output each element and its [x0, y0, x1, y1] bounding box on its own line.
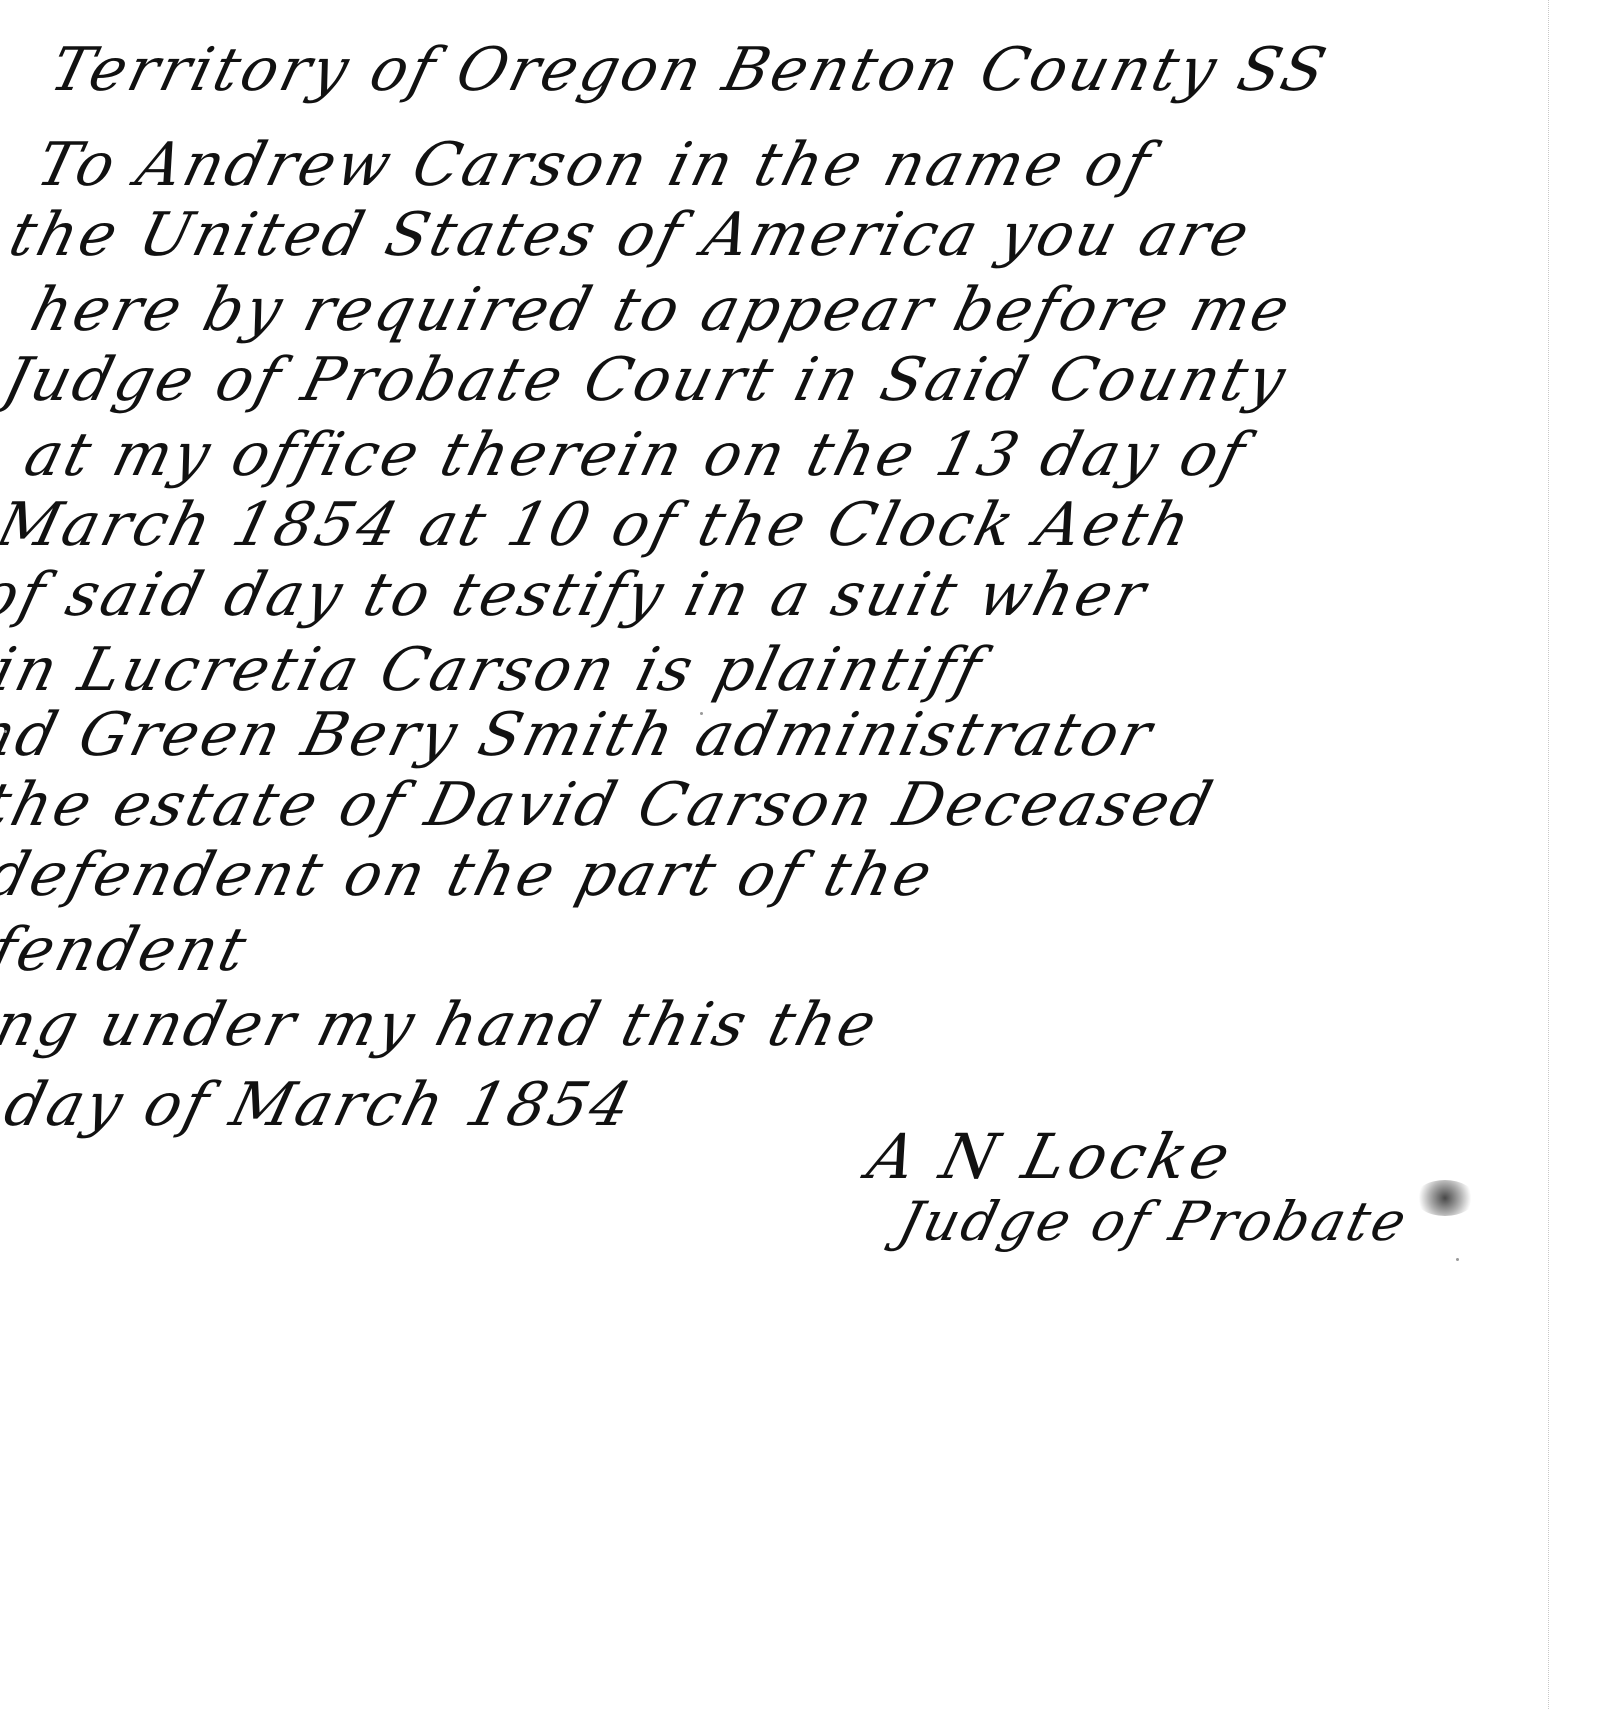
- manuscript-line-10: and Green Bery Smith administrator: [0, 705, 1160, 765]
- manuscript-line-11: of the estate of David Carson Deceased: [0, 775, 1220, 835]
- manuscript-line-2: To Andrew Carson in the name of: [31, 135, 1158, 195]
- document-page: Territory of Oregon Benton County SS To …: [0, 0, 1549, 1709]
- manuscript-line-13: defendent: [0, 920, 255, 980]
- signature-name: A N Locke: [861, 1120, 1241, 1193]
- manuscript-line-5: Judge of Probate Court in Said County: [0, 350, 1294, 410]
- manuscript-line-12: is defendent on the part of the: [0, 845, 940, 905]
- manuscript-line-14: Giving under my hand this the: [0, 995, 885, 1055]
- manuscript-line-6: at my office therein on the 13 day of: [19, 425, 1253, 485]
- manuscript-line-9: =ein Lucretia Carson is plaintiff: [0, 640, 989, 700]
- manuscript-line-4: here by required to appear before me: [25, 280, 1298, 340]
- manuscript-line-3: the United States of America you are: [4, 205, 1257, 265]
- ink-smudge: [1415, 1180, 1475, 1216]
- signature-title: Judge of Probate: [892, 1190, 1415, 1253]
- manuscript-line-15: first day of March 1854: [0, 1075, 639, 1135]
- manuscript-line-1: Territory of Oregon Benton County SS: [45, 40, 1334, 100]
- manuscript-line-7: March 1854 at 10 of the Clock Aeth: [0, 495, 1198, 555]
- ink-speck: [4, 730, 7, 733]
- manuscript-line-8: of said day to testify in a suit wher: [0, 565, 1154, 625]
- ink-speck: [1456, 1258, 1459, 1261]
- ink-speck: [700, 712, 703, 715]
